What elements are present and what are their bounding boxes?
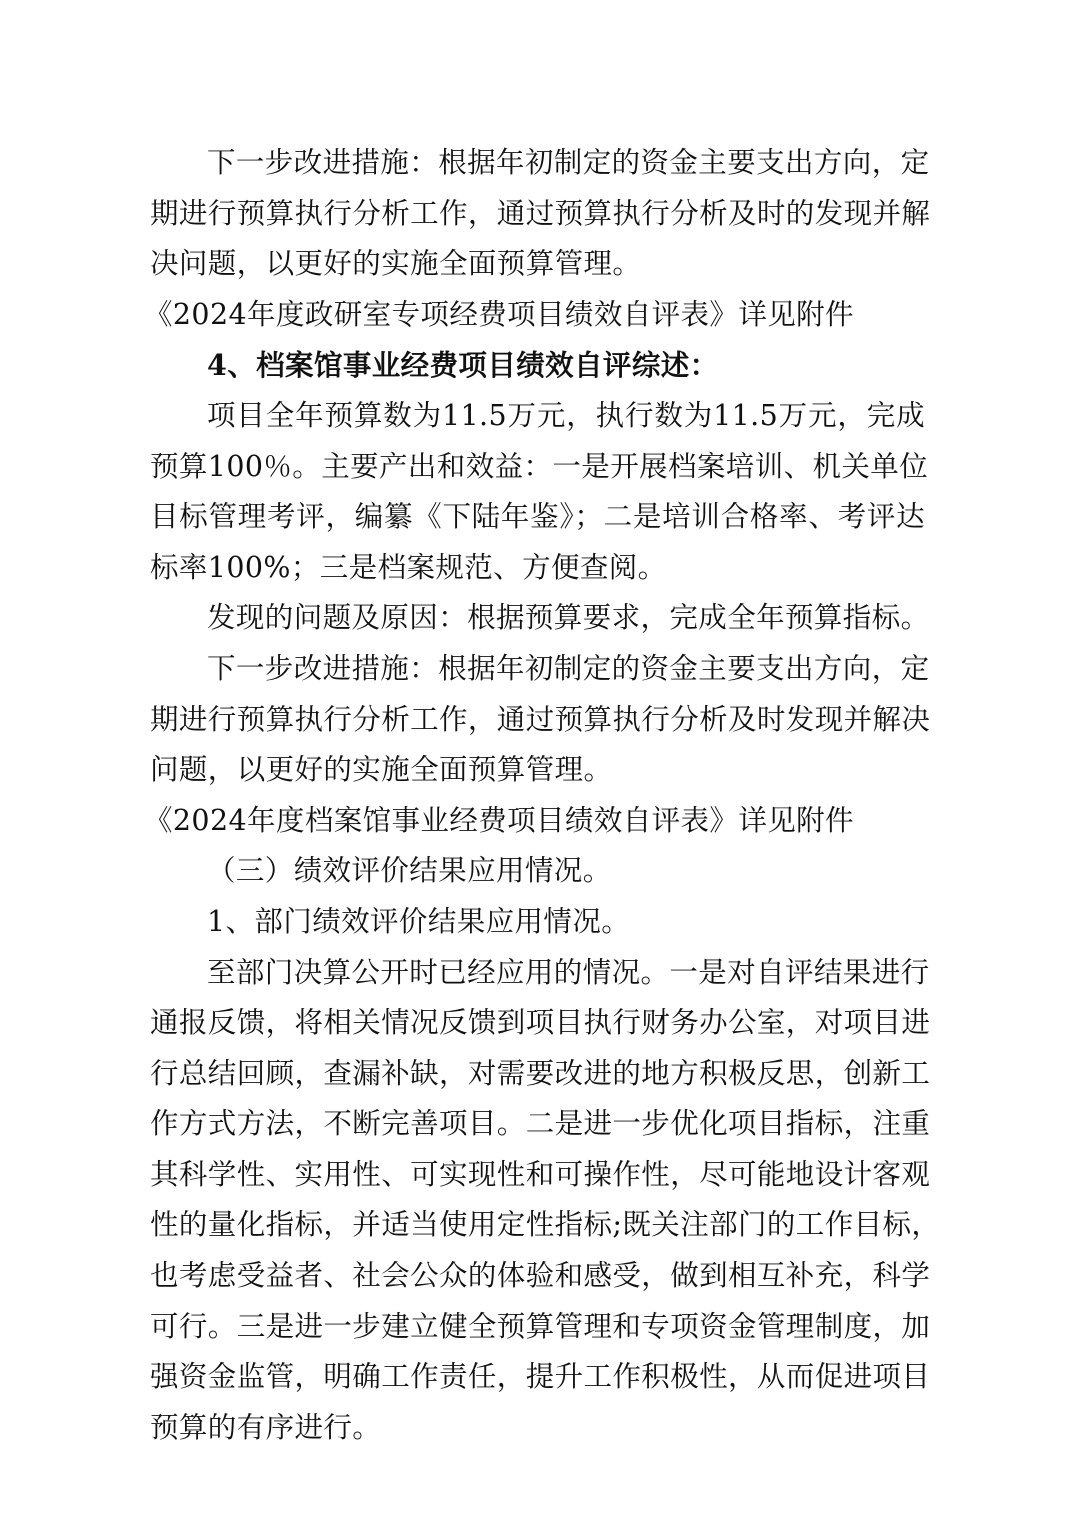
paragraph-line: 至部门决算公开时已经应用的情况。一是对自评结果进行: [150, 948, 925, 999]
paragraph-line: 性的量化指标，并适当使用定性指标;既关注部门的工作目标，: [150, 1200, 925, 1251]
section-heading: 4、档案馆事业经费项目绩效自评综述：: [150, 340, 925, 391]
paragraph-line: 下一步改进措施：根据年初制定的资金主要支出方向，定: [150, 644, 925, 695]
document-page: 下一步改进措施：根据年初制定的资金主要支出方向，定 期进行预算执行分析工作，通过…: [150, 138, 925, 1453]
paragraph-line: 通报反馈，将相关情况反馈到项目执行财务办公室，对项目进: [150, 998, 925, 1049]
paragraph-line: 作方式方法，不断完善项目。二是进一步优化项目指标，注重: [150, 1099, 925, 1150]
paragraph-line: 行总结回顾，查漏补缺，对需要改进的地方积极反思，创新工: [150, 1049, 925, 1100]
paragraph-line: 决问题，以更好的实施全面预算管理。: [150, 239, 925, 290]
attachment-reference: 《2024年度政研室专项经费项目绩效自评表》详见附件: [144, 290, 925, 341]
paragraph-line: 强资金监管，明确工作责任，提升工作积极性，从而促进项目: [150, 1352, 925, 1403]
paragraph-line: 问题，以更好的实施全面预算管理。: [150, 745, 925, 796]
paragraph-line: 发现的问题及原因：根据预算要求，完成全年预算指标。: [150, 593, 925, 644]
subsection-heading: 1、部门绩效评价结果应用情况。: [150, 897, 925, 948]
paragraph-line: 目标管理考评，编纂《下陆年鉴》；二是培训合格率、考评达: [150, 492, 925, 543]
paragraph-line: 也考虑受益者、社会公众的体验和感受，做到相互补充，科学: [150, 1251, 925, 1302]
paragraph-line: 下一步改进措施：根据年初制定的资金主要支出方向，定: [150, 138, 925, 189]
paragraph-line: 预算100％。主要产出和效益：一是开展档案培训、机关单位: [150, 442, 925, 493]
attachment-reference: 《2024年度档案馆事业经费项目绩效自评表》详见附件: [144, 796, 925, 847]
paragraph-line: 项目全年预算数为11.5万元，执行数为11.5万元，完成: [150, 391, 925, 442]
paragraph-line: 期进行预算执行分析工作，通过预算执行分析及时的发现并解: [150, 189, 925, 240]
section-heading: （三）绩效评价结果应用情况。: [150, 846, 925, 897]
paragraph-line: 期进行预算执行分析工作，通过预算执行分析及时发现并解决: [150, 695, 925, 746]
paragraph-line: 可行。三是进一步建立健全预算管理和专项资金管理制度，加: [150, 1302, 925, 1353]
paragraph-line: 其科学性、实用性、可实现性和可操作性，尽可能地设计客观: [150, 1150, 925, 1201]
paragraph-line: 标率100%；三是档案规范、方便查阅。: [150, 543, 925, 594]
paragraph-line: 预算的有序进行。: [150, 1403, 925, 1454]
